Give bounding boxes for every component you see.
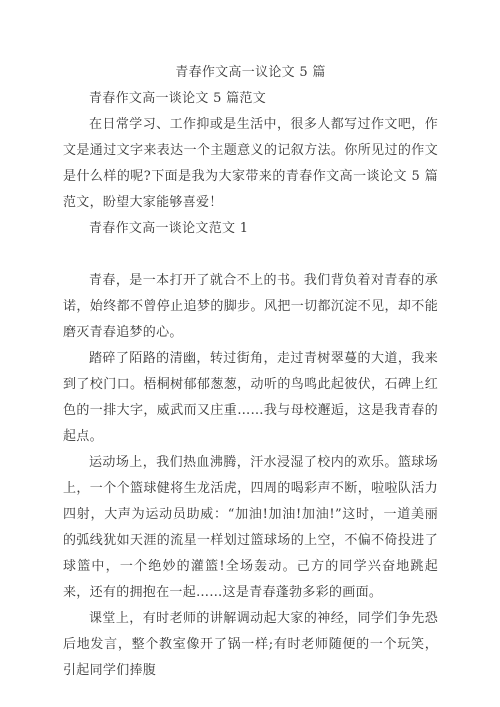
paragraph-body-1: 青春，是一本打开了就合不上的书。我们背负着对青春的承诺，始终都不曾停止追梦的脚步… [63,268,438,346]
paragraph-body-2: 踏碎了陌路的清幽，转过街角，走过青树翠蔓的大道，我来到了校门口。梧桐树郁郁葱葱，… [63,346,438,450]
paragraph-intro: 在日常学习、工作抑或是生活中，很多人都写过作文吧，作文是通过文字来表达一个主题意… [63,112,438,216]
paragraph-body-4: 课堂上，有时老师的讲解调动起大家的神经，同学们争先恐后地发言，整个教室像开了锅一… [63,606,438,684]
document-page: 青春作文高一议论文 5 篇 青春作文高一谈论文 5 篇范文 在日常学习、工作抑或… [0,0,500,707]
paragraph-body-3: 运动场上，我们热血沸腾，汗水浸湿了校内的欢乐。篮球场上，一个个篮球健将生龙活虎，… [63,450,438,606]
paragraph-section-heading: 青春作文高一谈论文范文 1 [63,216,438,242]
document-title: 青春作文高一议论文 5 篇 [63,60,438,86]
paragraph-subtitle: 青春作文高一谈论文 5 篇范文 [63,86,438,112]
